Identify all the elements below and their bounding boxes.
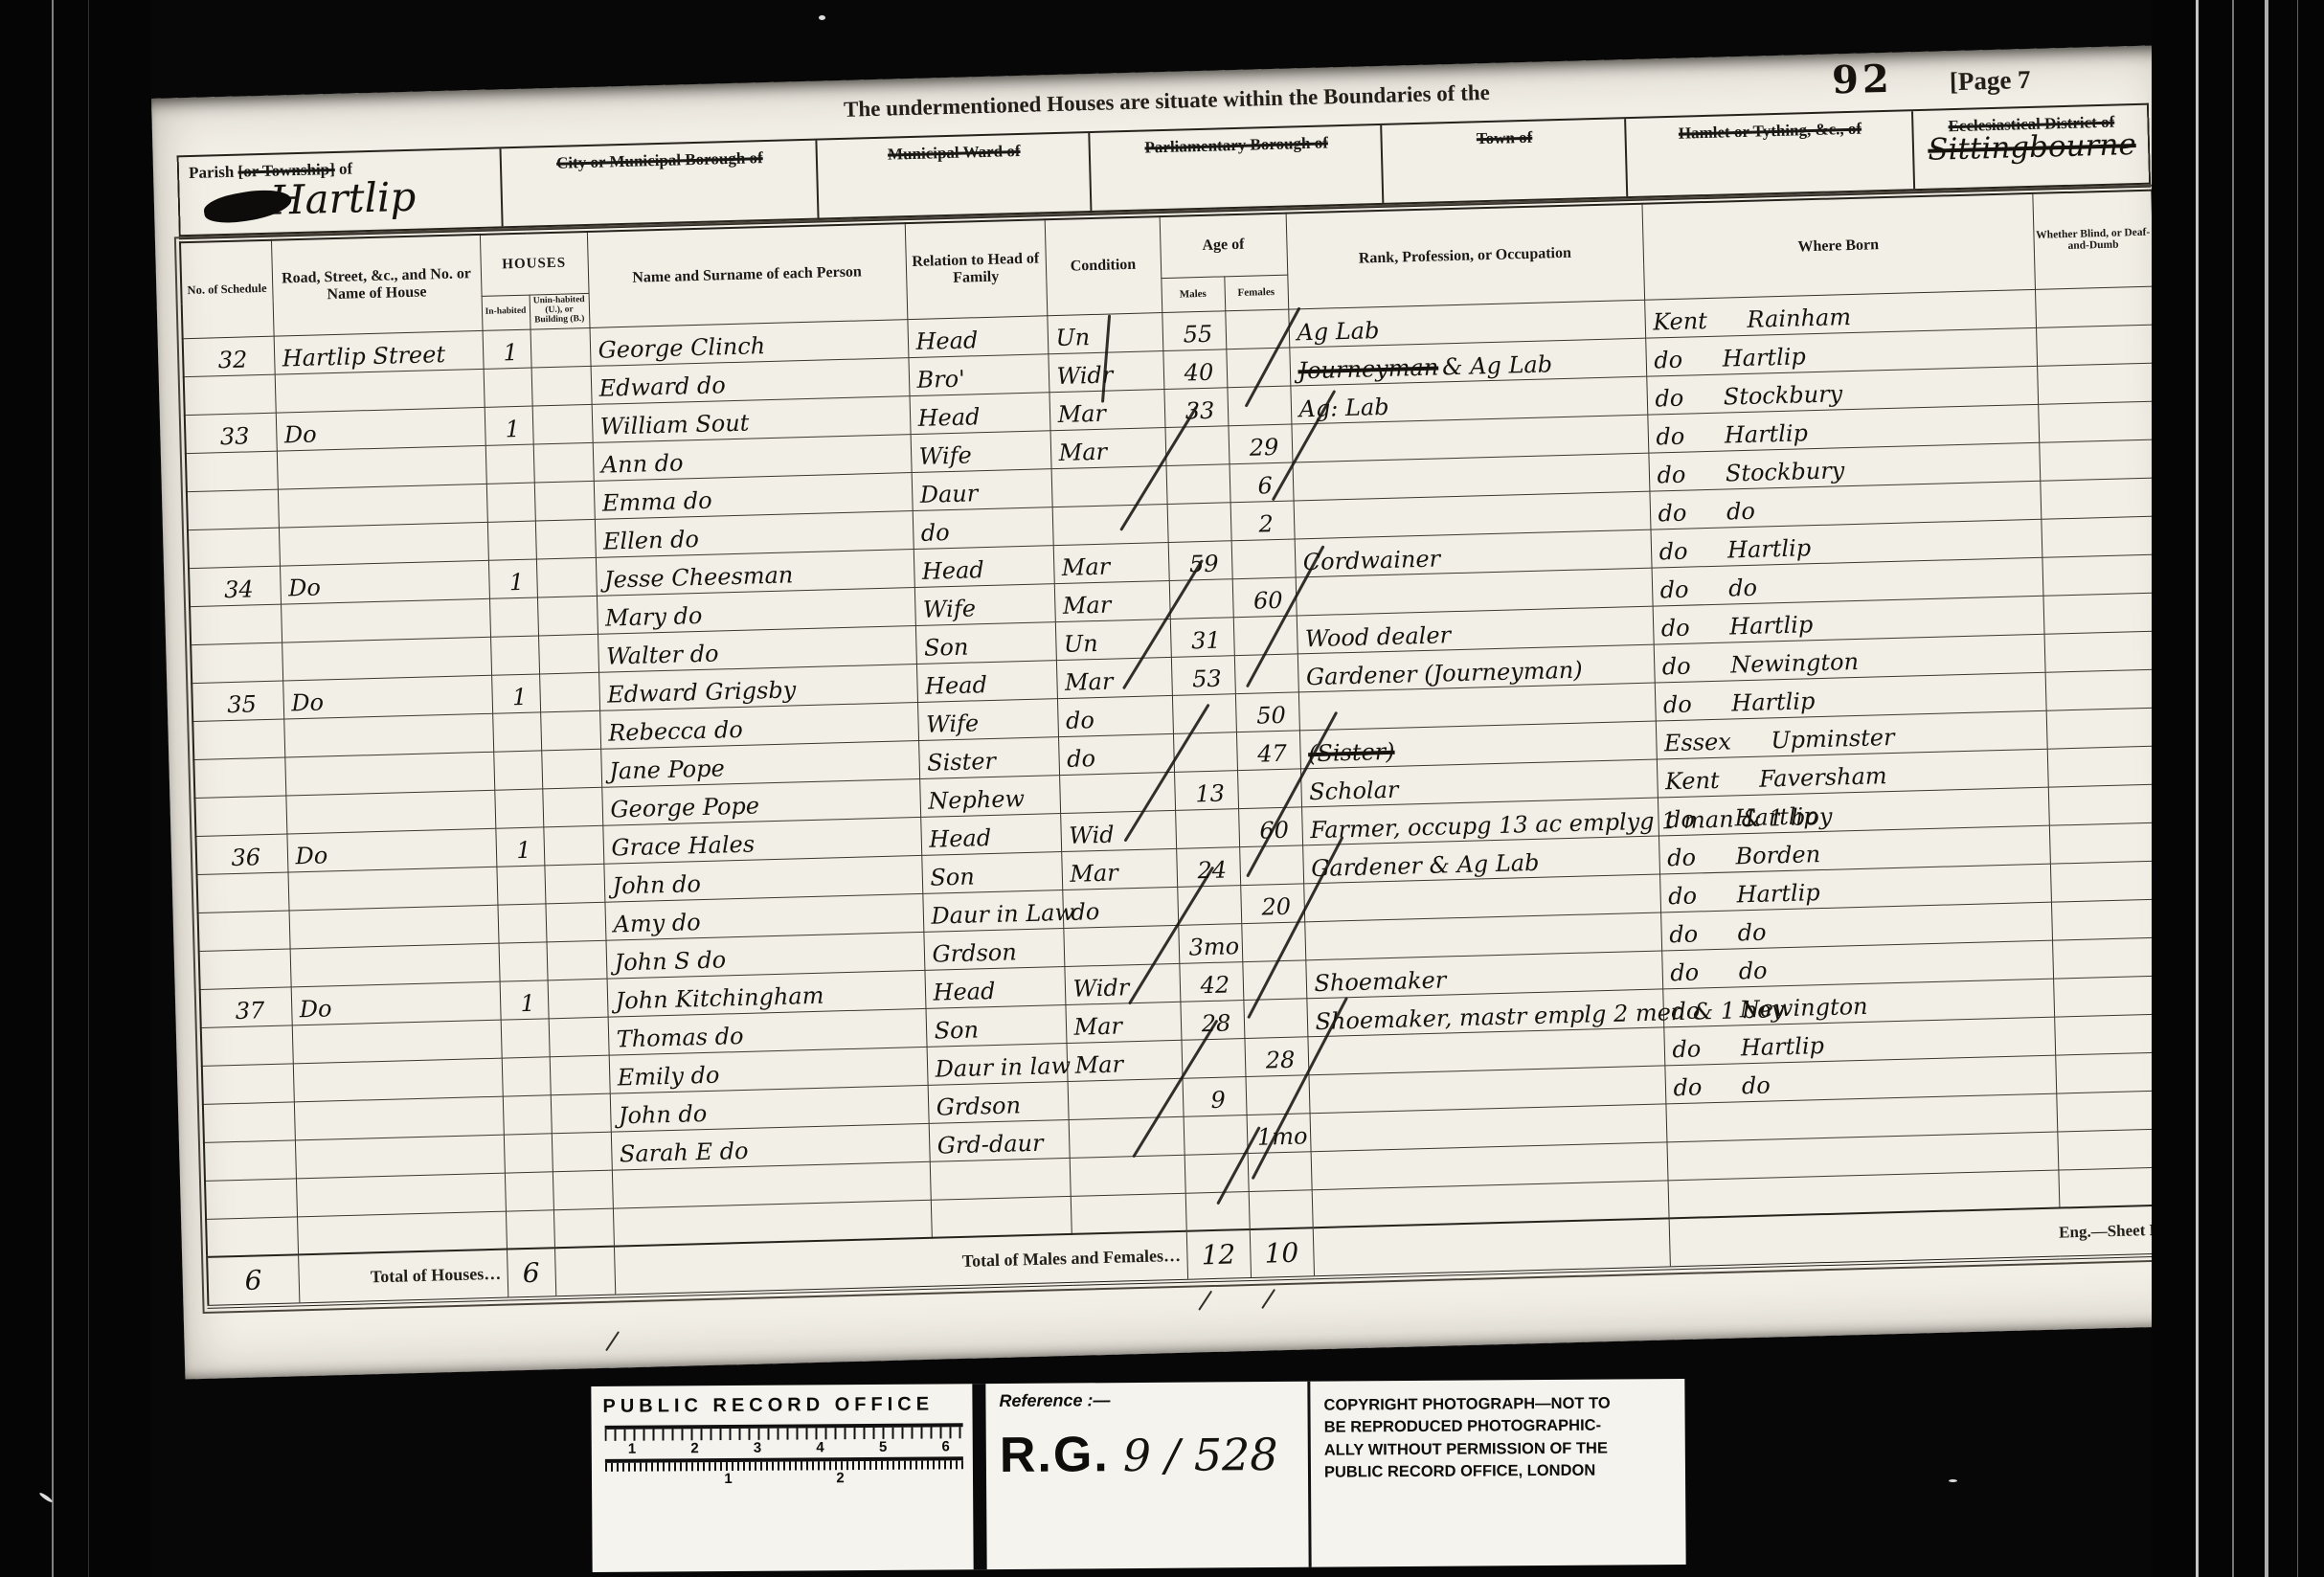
condition-cell: do [1062,887,1178,928]
infirmity-cell [2047,745,2168,786]
stamp-ruler-section: PUBLIC RECORD OFFICE 123456 12 [591,1384,973,1572]
schedule-cell [193,757,285,799]
uninhabited-cell [533,442,594,483]
ruler-number: 3 [754,1440,761,1456]
age-female-cell: 60 [1238,806,1302,846]
road-cell [284,752,494,796]
inhabited-cell [494,788,543,827]
age-female-cell [1246,1074,1310,1115]
uninhabited-cell [532,404,593,444]
road-cell [296,1173,506,1217]
total-houses-label: Total of Houses… [298,1250,508,1305]
inhabited-cell [503,1094,552,1134]
hamlet-label: Hamlet or Tything, &c., of [1636,117,1904,145]
condition-cell [1069,1116,1185,1158]
age-male-cell [1185,1191,1250,1231]
schedule-cell [198,910,290,951]
uninhabited-cell [552,1132,612,1172]
relation-cell: Daur in Law [922,890,1063,932]
road-cell: Do [286,828,496,872]
uninhabited-cell [548,979,608,1019]
copyright-notice: COPYRIGHT PHOTOGRAPH—NOT TO BE REPRODUCE… [1307,1379,1685,1567]
inhabited-cell: 1 [500,980,549,1019]
schedule-cell [184,374,276,416]
condition-cell: do [1057,695,1173,736]
road-cell [292,1020,502,1064]
road-cell [283,713,493,757]
uninhabited-cell [531,366,592,406]
page-number: 92 [1831,56,1893,103]
ruler-cm-numbers: 123456 [605,1438,963,1459]
page-label: [Page 7 [1949,65,2030,96]
ruler-number: 1 [628,1441,636,1457]
census-sheet: 92 [Page 7 The undermentioned Houses are… [151,45,2205,1379]
age-male-cell: 42 [1179,961,1243,1002]
col-name: Name and Surname of each Person [587,223,908,327]
uninhabited-cell [536,557,597,597]
relation-cell: Daur in law [927,1043,1068,1085]
infirmity-cell [2042,553,2162,595]
schedule-cell [190,604,282,645]
relation-cell: Grdson [928,1081,1069,1123]
film-scratch [2297,0,2298,1577]
col-born: Where Born [1641,193,2035,300]
inhabited-cell: 1 [495,826,544,866]
age-female-cell: 50 [1235,691,1299,732]
road-cell [294,1096,504,1140]
age-male-cell: 3mo [1178,923,1242,963]
infirmity-cell [2046,707,2167,748]
schedule-cell: 34 [189,566,281,607]
uninhabited-cell [540,710,600,751]
reference-series: R.G. [1000,1426,1110,1484]
parish-entry-line: Hartlip [189,171,493,226]
film-scratch [52,0,54,1577]
inhabited-cell [489,597,538,636]
relation-cell: Wife [914,583,1055,625]
schedule-cell: 37 [200,986,292,1027]
page-number-area: 92 [Page 7 [1831,53,2031,102]
uninhabited-cell [549,1017,609,1057]
total-males: 12 [1186,1229,1251,1281]
ruler-number: 6 [941,1438,949,1454]
inhabited-cell [484,368,532,407]
relation-cell [930,1158,1071,1200]
relation-cell: do [913,507,1053,549]
uninhabited-cell [545,902,605,942]
col-females: Females [1224,275,1288,311]
col-houses: HOUSES [480,232,589,296]
copyright-line: BE REPRODUCED PHOTOGRAPHIC- [1324,1415,1676,1440]
age-male-cell [1166,463,1230,504]
age-male-cell: 28 [1180,1000,1244,1040]
relation-cell: Head [920,813,1061,855]
condition-cell [1063,925,1179,966]
road-cell [289,905,499,949]
inhabited-cell [486,483,535,522]
age-male-cell: 9 [1183,1076,1247,1116]
uninhabited-cell [535,519,596,559]
col-males: Males [1161,276,1225,312]
uninhabited-cell [530,327,591,368]
condition-cell: do [1058,733,1174,775]
ruler-scale-cm: 123456 [605,1423,963,1459]
schedule-cell [187,489,279,530]
road-cell: Do [276,407,485,451]
age-male-cell: 13 [1174,770,1238,810]
inhabited-cell [492,711,541,751]
inhabited-cell [485,444,534,484]
occupation-text: Shoemaker [1314,966,1447,997]
inhabited-cell [497,903,546,942]
schedule-cell: 35 [192,681,283,722]
uninhabited-cell [538,634,598,674]
condition-cell: Widr [1064,963,1180,1004]
road-cell [278,484,487,528]
dust-speck [1949,1479,1957,1482]
schedule-cell [201,1025,293,1066]
infirmity-cell [2044,630,2165,671]
uninhabited-cell [537,596,598,636]
occupation-text: Wood dealer [1305,621,1452,652]
film-edge-left [0,0,151,1577]
age-female-cell: 2 [1230,501,1295,541]
ward-box: Municipal Ward of [815,133,1090,218]
col-schedule: No. of Schedule [180,240,274,338]
age-male-cell: 24 [1176,846,1240,887]
inhabited-cell [504,1133,553,1172]
total-houses-value: 6 [507,1248,555,1298]
condition-cell [1052,504,1168,545]
relation-cell [931,1196,1072,1238]
col-relation: Relation to Head of Family [905,219,1048,319]
ecclesiastical-box: Ecclesiastical District of Sittingbourne [1911,105,2149,189]
occupation-struck-text: Journeyman [1297,353,1438,384]
infirmity-cell [2036,325,2156,366]
col-occupation: Rank, Profession, or Occupation [1286,204,1645,309]
occupation-text: & Ag Lab [1442,350,1553,380]
film-scratch [2265,0,2268,1577]
condition-cell: Mar [1050,427,1166,468]
infirmity-cell [2039,439,2159,481]
relation-cell: Son [921,851,1062,893]
age-female-cell: 28 [1244,1036,1308,1076]
uninhabited-cell [551,1093,611,1134]
road-cell [277,445,486,489]
stamp-divider [972,1384,986,1569]
age-female-cell [1227,386,1291,426]
age-male-cell [1167,502,1231,542]
schedule-cell [199,948,291,989]
pro-office-title: PUBLIC RECORD OFFICE [602,1393,966,1418]
city-borough-label: City or Municipal Borough of [511,146,808,174]
schedule-cell [203,1101,295,1142]
col-uninhabited: Unin-habited (U.), or Building (B.) [530,293,590,329]
schedule-cell [202,1063,294,1104]
road-cell: Do [282,675,492,719]
condition-cell: Mar [1067,1040,1183,1081]
schedule-cell [192,719,284,760]
pen-tick [1261,1289,1275,1309]
film-scratch [2232,0,2234,1577]
age-female-cell [1239,845,1303,885]
inhabited-cell [496,865,545,904]
condition-cell: Mar [1054,580,1170,621]
road-cell [285,790,495,834]
road-cell [282,637,491,681]
film-scratch [88,0,89,1577]
schedule-total: 6 [207,1254,299,1307]
inhabited-cell [487,521,536,560]
road-cell [290,943,500,987]
microfilm-scan: 92 [Page 7 The undermentioned Houses are… [0,0,2324,1577]
ruler-scale-in: 12 [605,1456,963,1492]
uninhabited-cell [543,825,603,866]
relation-cell: Bro' [908,353,1049,395]
infirmity-cell [2048,783,2169,824]
condition-cell [1068,1078,1184,1119]
uninhabited-cell [534,481,595,521]
age-male-cell: 53 [1171,655,1235,695]
age-female-cell [1249,1189,1313,1229]
road-cell [297,1211,507,1255]
copyright-line: ALLY WITHOUT PERMISSION OF THE [1324,1437,1676,1462]
reference-line: R.G. 9 / 528 [1000,1425,1302,1484]
relation-cell: Nephew [919,775,1060,817]
condition-cell [1059,772,1175,813]
inhabited-cell [502,1056,551,1095]
age-female-cell [1237,768,1301,808]
inhabited-cell [493,750,542,789]
schedule-cell [191,642,282,684]
inhabited-cell: 1 [485,406,533,445]
age-male-cell [1181,1038,1245,1078]
occupation-text: Scholar [1309,776,1399,804]
uninhabited-cell [539,672,599,712]
empty-cell [1313,1218,1670,1277]
age-female-cell: 29 [1228,424,1292,464]
uninhabited-cell [541,749,601,789]
reference-label: Reference :— [999,1389,1301,1411]
film-scratch [2196,0,2199,1577]
age-male-cell [1175,808,1239,848]
age-female-cell: 20 [1240,883,1304,923]
dust-speck [819,15,825,20]
ruler-number: 1 [724,1471,732,1487]
schedule-cell: 36 [195,834,287,875]
uninhabited-cell [544,864,604,904]
age-male-cell [1185,1153,1249,1193]
road-cell [293,1058,503,1102]
relation-cell: Daur [912,468,1052,510]
schedule-cell [188,528,280,569]
road-cell [279,522,488,566]
copyright-line: PUBLIC RECORD OFFICE, LONDON [1324,1459,1676,1484]
inhabited-cell [490,635,539,674]
parliamentary-borough-label: Parliamentary Borough of [1099,131,1372,159]
age-male-cell [1173,732,1237,772]
road-cell: Do [280,560,489,604]
ruler-in-numbers: 12 [605,1469,963,1492]
condition-cell: Mar [1065,1002,1181,1043]
uninhabited-cell [553,1170,613,1210]
pro-stamp: PUBLIC RECORD OFFICE 123456 12 Reference… [591,1379,1685,1572]
schedule-cell [206,1216,298,1257]
road-cell: Do [291,981,501,1025]
relation-cell: Son [915,621,1056,664]
schedule-cell [186,451,278,492]
col-infirmity: Whether Blind, or Deaf-and-Dumb [2032,191,2155,289]
infirmity-cell [2037,363,2157,404]
ruler-number: 4 [816,1439,824,1455]
town-box: Town of [1380,119,1626,203]
ward-label: Municipal Ward of [827,139,1081,166]
stamp-reference-section: Reference :— R.G. 9 / 528 [985,1382,1308,1569]
condition-cell [1070,1155,1185,1196]
infirmity-cell [2041,515,2161,556]
hamlet-box: Hamlet or Tything, &c., of [1624,111,1913,196]
road-cell [281,598,490,642]
parliamentary-borough-box: Parliamentary Borough of [1088,125,1382,211]
uninhabited-cell [546,940,606,980]
infirmity-cell [2045,668,2166,710]
infirmity-cell [2040,478,2160,519]
condition-cell: Mar [1049,389,1164,430]
relation-cell: Head [924,966,1065,1008]
relation-cell: Head [914,545,1054,587]
ruler-number: 2 [690,1440,698,1456]
occupation-text: Cordwainer [1302,545,1440,575]
schedule-cell: 32 [183,336,275,377]
copyright-line: COPYRIGHT PHOTOGRAPH—NOT TO [1323,1392,1675,1417]
pen-tick [1198,1291,1212,1311]
ruler-number: 2 [836,1470,844,1486]
col-inhabited: In-habited [482,295,530,330]
relation-cell: Head [910,392,1050,434]
age-female-cell [1231,538,1296,578]
road-cell [287,867,497,911]
condition-cell: Mar [1061,848,1177,890]
road-cell [275,369,485,413]
total-females: 10 [1250,1228,1314,1279]
occupation-text: Gardener & Ag Lab [1311,848,1540,881]
age-female-cell [1234,653,1298,693]
schedule-cell [194,796,286,837]
inhabited-cell [501,1018,550,1057]
relation-cell: Grd-daur [929,1119,1070,1161]
condition-cell: Mar [1056,657,1172,698]
inhabited-cell: 1 [483,329,531,369]
infirmity-cell [2035,286,2155,327]
occupation-text: Ag Lab [1297,317,1380,346]
inhabited-cell [505,1171,553,1210]
infirmity-cell [2042,592,2163,633]
condition-cell: Mar [1053,542,1169,583]
col-condition: Condition [1045,216,1162,315]
relation-cell: Head [907,315,1048,357]
reference-number: 9 / 528 [1123,1429,1278,1481]
relation-cell: Head [916,660,1057,702]
occupation-text: Ag: Lab [1298,393,1389,421]
pen-tick [605,1331,620,1351]
age-male-cell: 31 [1170,617,1234,657]
town-label: Town of [1391,124,1616,150]
road-cell: Hartlip Street [274,330,484,374]
schedule-cell [204,1139,296,1181]
inhabited-cell [506,1209,554,1249]
schedule-cell [197,872,289,913]
uninhabited-cell [542,787,602,827]
relation-cell: Sister [918,736,1059,778]
inhabited-cell: 1 [488,559,537,598]
age-female-cell: 47 [1236,730,1300,770]
parish-box: Parish [or Township] of Hartlip [179,148,502,235]
relation-cell: Son [925,1004,1066,1047]
schedule-cell [205,1178,297,1219]
city-borough-box: City or Municipal Borough of [500,141,818,227]
age-male-cell: 55 [1162,310,1226,350]
uninhabited-cell [550,1055,610,1095]
col-road: Road, Street, &c., and No. or Name of Ho… [271,235,483,336]
inhabited-cell: 1 [491,673,540,712]
ruler-number: 5 [879,1439,887,1455]
infirmity-cell [2038,401,2158,442]
age-male-cell [1184,1115,1248,1155]
condition-cell: Wid [1060,810,1176,851]
condition-cell [1071,1193,1186,1234]
road-cell [295,1135,505,1179]
uninhabited-cell [553,1208,614,1249]
schedule-cell: 33 [185,413,277,454]
age-male-cell: 40 [1162,349,1227,389]
relation-cell: Grdson [923,928,1064,970]
film-edge-right [2152,0,2324,1577]
relation-cell: Wife [917,698,1058,740]
age-male-cell [1177,885,1241,925]
inhabited-cell [499,941,548,980]
parish-entry: Hartlip [269,173,417,224]
ecclesiastical-entry: Sittingbourne [1928,127,2136,168]
empty-cell [554,1247,615,1298]
relation-cell: Wife [911,430,1051,472]
col-age: Age of [1160,214,1288,278]
